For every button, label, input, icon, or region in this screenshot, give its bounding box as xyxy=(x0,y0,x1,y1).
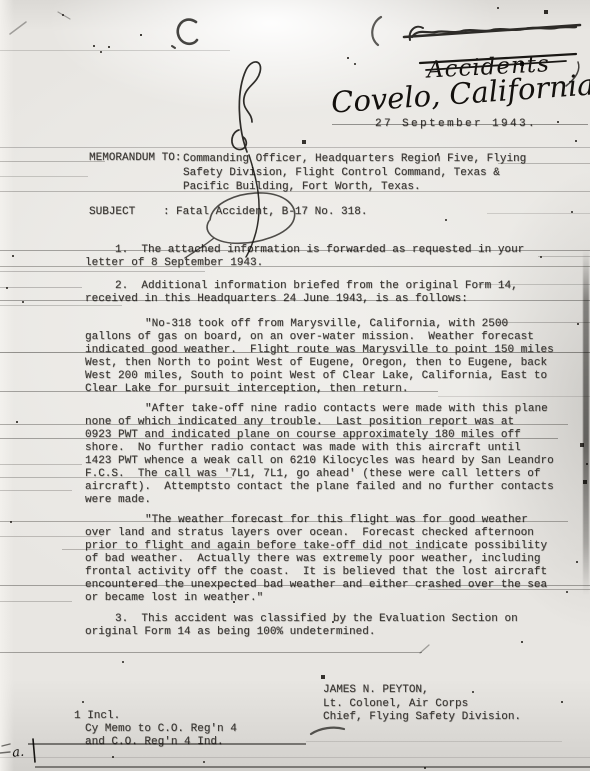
quoted-paragraph-1: "No-318 took off from Marysville, Califo… xyxy=(85,318,554,396)
scan-line xyxy=(487,213,590,214)
handwritten-margin-letter: a. xyxy=(0,739,35,762)
body-line: shore. No further radio contact was made… xyxy=(85,442,554,455)
scan-line xyxy=(0,176,88,177)
scan-line xyxy=(0,757,590,758)
body-line: West 200 miles, South to point West of C… xyxy=(85,370,554,383)
body-line: letter of 8 September 1943. xyxy=(85,257,524,270)
quoted-paragraph-3: "The weather forecast for this flight wa… xyxy=(85,514,547,605)
body-line: or became lost in weather." xyxy=(85,592,547,605)
margin-dashes xyxy=(0,744,10,753)
memo-to-label: MEMORANDUM TO: xyxy=(89,152,181,165)
scan-line xyxy=(0,464,82,465)
body-line: 0923 PWT and indicated plane on course a… xyxy=(85,429,554,442)
enclosure-line: Cy Memo to C.O. Reg'n 4 xyxy=(74,723,237,736)
memo-to-line: Safety Division, Flight Control Command,… xyxy=(183,166,526,180)
handwritten-location: Covelo, California xyxy=(330,62,590,120)
margin-tick xyxy=(33,739,35,762)
handwritten-word-crossed-out: Accidents xyxy=(420,51,576,84)
margin-letter-text: a. xyxy=(12,745,25,761)
body-line: 1. The attached information is forwarded… xyxy=(85,244,524,257)
subject-label: SUBJECT xyxy=(89,206,135,219)
date-line: 27 September 1943. xyxy=(375,118,537,131)
quoted-paragraph-2: "After take-off nine radio contacts were… xyxy=(85,403,554,507)
subject-text: Fatal Accident, B-17 No. 318. xyxy=(176,206,367,219)
body-line: indicated good weather. Flight route was… xyxy=(85,344,554,357)
body-line: aircraft). Attemptsto contact the plane … xyxy=(85,481,554,494)
scan-line xyxy=(306,741,562,742)
body-line: frontal activity off the coast. It is be… xyxy=(85,566,547,579)
scanned-memo-page: 27 September 1943. MEMORANDUM TO: Comman… xyxy=(0,0,590,771)
enclosure-line: and C.O. Reg'n 4 Ind. xyxy=(74,736,237,749)
enclosure-block: 1 Incl. Cy Memo to C.O. Reg'n 4 and C.O.… xyxy=(74,710,237,749)
body-line: received in this Headquarters 24 June 19… xyxy=(85,293,518,306)
body-line: gallons of gas on board, on an over-wate… xyxy=(85,331,554,344)
scan-line xyxy=(0,490,72,491)
enclosure-line: 1 Incl. xyxy=(74,710,237,723)
location-text: Covelo, California xyxy=(330,67,590,119)
body-line: West, then North to point West of Eugene… xyxy=(85,357,554,370)
memo-to-address: Commanding Officer, Headquarters Region … xyxy=(183,152,526,194)
subject-colon: : xyxy=(163,206,170,219)
body-line: 2. Additional information briefed from t… xyxy=(85,280,518,293)
paragraph-2: 2. Additional information briefed from t… xyxy=(85,280,518,306)
body-line: "After take-off nine radio contacts were… xyxy=(85,403,554,416)
pencil-check-mark xyxy=(311,728,344,734)
punch-hole-mark-2 xyxy=(372,17,381,45)
scan-line xyxy=(35,766,590,768)
handwritten-scribble-crossed-out xyxy=(404,25,580,40)
body-line: over land and stratus layers over ocean.… xyxy=(85,527,547,540)
body-line: none of which indicated any trouble. Las… xyxy=(85,416,554,429)
paragraph-3: 3. This accident was classified by the E… xyxy=(85,613,518,639)
body-line: F.C.S. The call was '7L1, 7L1, go ahead'… xyxy=(85,468,554,481)
scan-line xyxy=(0,601,72,602)
body-line: 1423 PWT whence a weak call on 6210 Kilo… xyxy=(85,455,554,468)
paper-noise-specks xyxy=(0,0,2,2)
body-line: Clear Lake for pursuit interception, the… xyxy=(85,383,554,396)
body-line: "No-318 took off from Marysville, Califo… xyxy=(85,318,554,331)
crossed-word-text: Accidents xyxy=(424,51,550,84)
scan-edge-shadow xyxy=(583,250,589,595)
signature-title: Chief, Flying Safety Division. xyxy=(323,711,521,725)
punch-hole-mark xyxy=(172,20,197,48)
body-line: 3. This accident was classified by the E… xyxy=(85,613,518,626)
body-line: "The weather forecast for this flight wa… xyxy=(85,514,547,527)
scan-line xyxy=(438,396,590,397)
body-line: were made. xyxy=(85,494,554,507)
signature-rank: Lt. Colonel, Air Corps xyxy=(323,698,521,712)
signature-block: JAMES N. PEYTON, Lt. Colonel, Air Corps … xyxy=(323,684,521,725)
memo-to-line: Pacific Building, Fort Worth, Texas. xyxy=(183,180,526,194)
scan-line xyxy=(0,50,230,51)
body-line: prior to flight and again before take-of… xyxy=(85,540,547,553)
signature-name: JAMES N. PEYTON, xyxy=(323,684,521,698)
scan-line xyxy=(0,652,422,653)
body-line: original Form 14 as being 100% undetermi… xyxy=(85,626,518,639)
scan-line xyxy=(0,271,205,272)
scan-line xyxy=(0,287,82,288)
paragraph-1: 1. The attached information is forwarded… xyxy=(85,244,524,270)
body-line: encountered the unexpected bad weather a… xyxy=(85,579,547,592)
scan-line xyxy=(0,147,590,148)
scan-line xyxy=(538,256,590,257)
memo-to-line: Commanding Officer, Headquarters Region … xyxy=(183,152,526,166)
body-line: of bad weather. Actually there was extre… xyxy=(85,553,547,566)
